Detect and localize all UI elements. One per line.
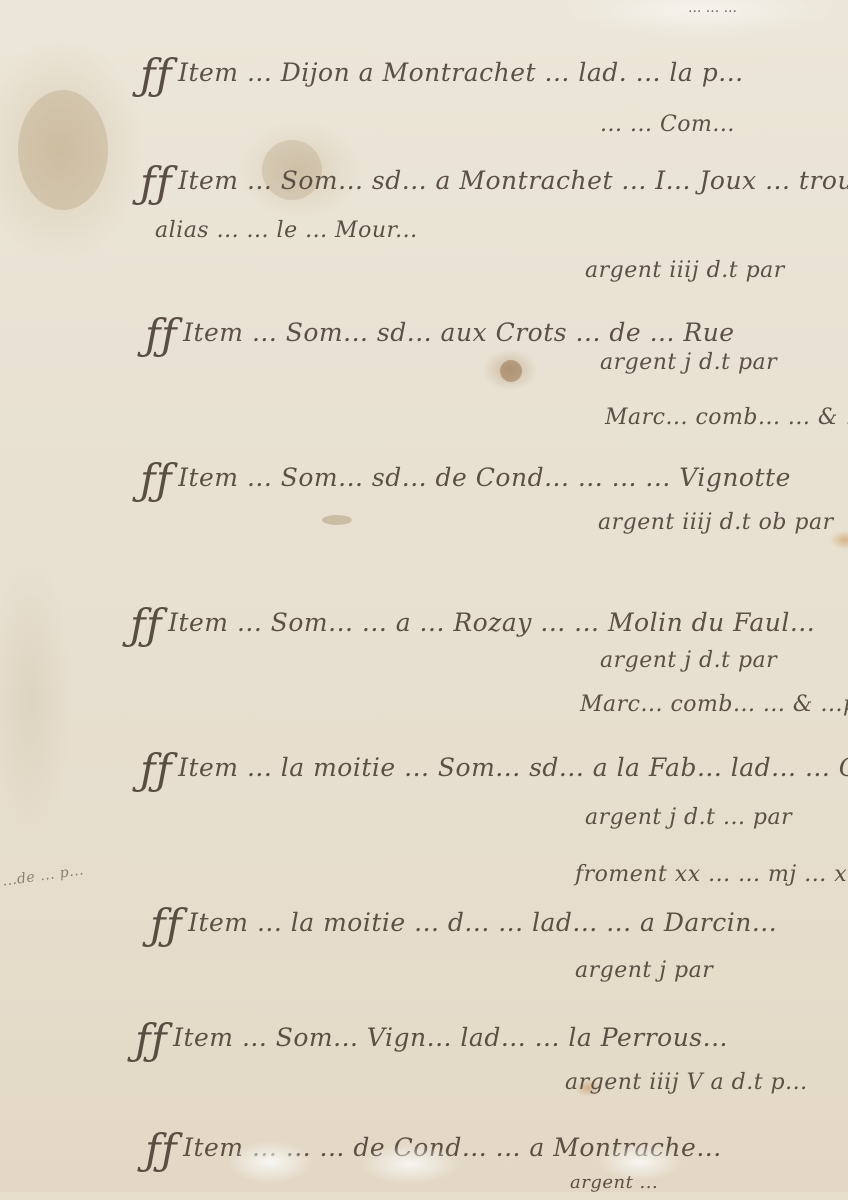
item-mark-icon: ƒƒ — [140, 455, 172, 504]
ledger-entry-2-amount: argent iiij d.t par — [585, 258, 785, 283]
item-mark-icon: ƒƒ — [140, 158, 172, 207]
ledger-entry-3-note: Marc... comb... ... & ... — [605, 405, 848, 430]
item-mark-icon: ƒƒ — [150, 900, 182, 949]
item-mark-icon: ƒƒ — [130, 600, 162, 649]
entry-text: Item ... la moitie ... d... ... lad... .… — [188, 908, 777, 937]
entry-text: Item ... la moitie ... Som... sd... a la… — [178, 753, 848, 782]
margin-annotation: ...de ... p... — [1, 862, 85, 889]
manuscript-page: ... ... ... ƒƒItem ... Dijon a Montrache… — [0, 0, 848, 1200]
ink-blot — [500, 360, 522, 382]
item-mark-icon: ƒƒ — [140, 745, 172, 794]
ledger-entry-8: ƒƒItem ... Som... Vign... lad... ... la … — [135, 1015, 728, 1064]
ledger-entry-4-amount: argent iiij d.t ob par — [598, 510, 834, 535]
ledger-entry-6-amount: argent j d.t ... par — [585, 805, 792, 830]
ledger-entry-2-continuation: alias ... ... le ... Mour... — [155, 218, 418, 243]
entry-text: Item ... Som... ... a ... Rozay ... ... … — [168, 608, 815, 637]
item-mark-icon: ƒƒ — [135, 1015, 167, 1064]
top-edge-fragment: ... ... ... — [688, 0, 848, 14]
ledger-entry-8-amount: argent iiij V a d.t p... — [565, 1070, 808, 1095]
ledger-entry-4: ƒƒItem ... Som... sd... de Cond... ... .… — [140, 455, 791, 504]
ledger-entry-6: ƒƒItem ... la moitie ... Som... sd... a … — [140, 745, 848, 794]
ledger-entry-5: ƒƒItem ... Som... ... a ... Rozay ... ..… — [130, 600, 815, 649]
entry-text: Item ... Som... Vign... lad... ... la Pe… — [173, 1023, 728, 1052]
entry-text: Item ... Som... sd... aux Crots ... de .… — [183, 318, 735, 347]
ledger-entry-2: ƒƒItem ... Som... sd... a Montrachet ...… — [140, 158, 848, 207]
ledger-entry-5-note: Marc... comb... ... & ...p... — [580, 692, 848, 717]
ledger-entry-1: ƒƒItem ... Dijon a Montrachet ... lad. .… — [140, 50, 744, 99]
item-mark-icon: ƒƒ — [140, 50, 172, 99]
entry-text: Item ... Dijon a Montrachet ... lad. ...… — [178, 58, 744, 87]
torn-paper-edge — [210, 1132, 728, 1192]
ledger-entry-7: ƒƒItem ... la moitie ... d... ... lad...… — [150, 900, 777, 949]
ledger-entry-5-amount: argent j d.t par — [600, 648, 777, 673]
ink-blot — [322, 515, 352, 525]
ledger-entry-6-note: froment xx ... ... mj ... xl — [575, 862, 848, 887]
item-mark-icon: ƒƒ — [145, 310, 177, 359]
ledger-entry-3-amount: argent j d.t par — [600, 350, 777, 375]
entry-text: Item ... Som... sd... de Cond... ... ...… — [178, 463, 791, 492]
water-stain — [18, 90, 108, 210]
scan-bottom-edge — [0, 1192, 848, 1200]
item-mark-icon: ƒƒ — [145, 1125, 177, 1174]
ledger-entry-1-continuation: ... ... Com... — [600, 112, 735, 137]
ledger-entry-7-amount: argent j par — [575, 958, 713, 983]
entry-text: Item ... Som... sd... a Montrachet ... I… — [178, 166, 848, 195]
